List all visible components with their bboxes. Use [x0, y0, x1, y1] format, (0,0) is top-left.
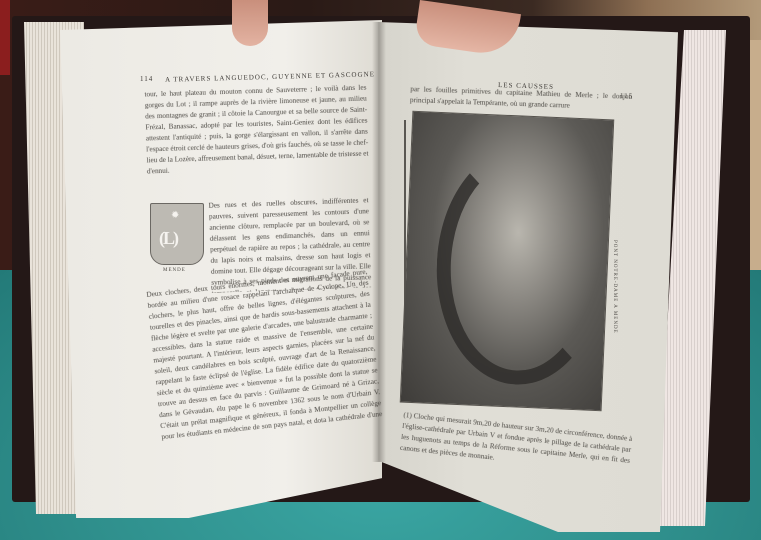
arms-letters-icon: (L)	[159, 228, 177, 249]
illustration-caption: PONT NOTRE-DAME A MENDE	[612, 240, 617, 334]
red-book-spine	[0, 0, 10, 75]
left-page-paragraph-3: Deux clochers, deux tours énormes, monte…	[146, 267, 383, 441]
finger-left	[232, 0, 268, 46]
coat-of-arms-emblem: ✹ (L)	[150, 203, 204, 265]
engraving-illustration	[400, 111, 615, 412]
bridge-arch-shape	[432, 143, 610, 388]
sun-icon: ✹	[171, 210, 179, 221]
left-page-number: 114	[140, 75, 153, 83]
emblem-caption: MENDE	[163, 268, 186, 273]
left-page-paragraph-1: tour, le haut plateau du mouton connu de…	[144, 83, 369, 200]
